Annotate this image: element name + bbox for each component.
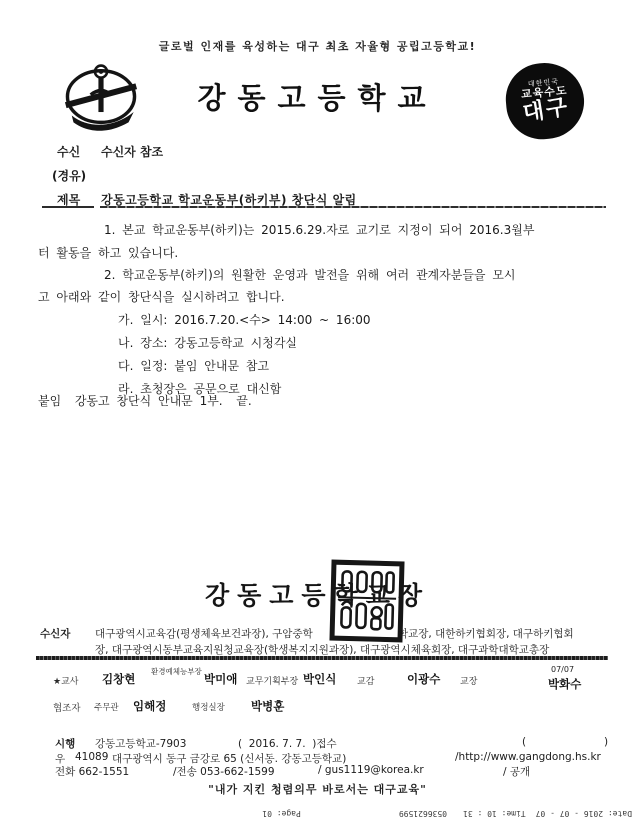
email-text: / gus1119@korea.kr [318,764,424,776]
coordinator-role-admin-head: 행정실장 [192,701,225,713]
body-paragraph-1-line-1: 1. 본교 학교운동부(하키)는 2015.6.29.자로 교기로 지정이 되어… [104,221,534,238]
receipt-blank-close: ) [604,736,608,748]
attachment-line: 붙임 강동고 창단식 안내문 1부. 끝. [38,392,252,409]
section-divider [36,656,608,660]
doc-number-value: 강동고등학교-7903 [95,736,186,751]
coordinator-role-officer: 주무관 [94,701,119,713]
fax-page: Page: 01 [262,810,301,819]
principal-title: 강동고등학교장 [0,576,635,612]
subject-underline-short [42,206,94,208]
approval-role-dept-head: 환경예체능부장 [151,668,203,676]
motto-text: "내가 지킨 청렴의무 바로서는 대구교육" [0,781,635,797]
approval-role-principal: 교장 [460,674,477,687]
approval-name-dept-head: 박미애 [204,671,237,687]
approval-name-planning-head: 박인식 [303,671,336,687]
coordinator-name-admin-head: 박병훈 [251,698,284,714]
approval-name-teacher: 김창현 [102,671,135,687]
scanned-official-letter: 글로벌 인재를 육성하는 대구 최초 자율형 공립고등학교! 강동고등학교 대한… [0,0,635,839]
coordinator-label: 협조자 [53,700,81,714]
official-seal-icon [329,559,405,643]
phone-text: 전화 662-1551 [55,764,129,779]
recipients-label: 수신자 [40,626,70,641]
receipt-field: ( 2016. 7. 7. )접수 [238,736,337,751]
badge-line2: 대구 [521,95,571,125]
body-paragraph-2-line-2: 고 아래와 같이 창단식을 실시하려고 합니다. [38,288,285,305]
approval-date-principal: 07/07 [551,665,574,674]
subject-underline-long [100,206,606,208]
approval-name-principal: 박화수 [548,676,581,692]
coordinator-name-officer: 임해정 [133,698,166,714]
recipients-line1-left: 대구광역시교육감(평생체육보건과장), 구암중학 [95,626,313,641]
receipt-blank-open: ( [522,736,526,748]
fax-date: Date: 2016 - 07 - 07 [536,810,632,819]
doc-number-label: 시행 [55,736,75,751]
slogan-text: 글로벌 인재를 육성하는 대구 최초 자율형 공립고등학교! [0,38,635,54]
fax-number: 0536621599 [399,810,447,819]
via-label: (경유) [52,167,86,184]
disclosure-text: / 공개 [503,764,530,779]
recipients-line1-right: 학교장, 대한하키협회장, 대구하키협회 [398,626,574,641]
approval-name-vice-principal: 이광수 [407,671,440,687]
approval-role-planning-head: 교무기획부장 [246,674,298,687]
daegu-education-badge-icon: 대한민국 교육수도 대구 [503,60,587,143]
approval-role-vice-principal: 교감 [357,674,374,687]
fax-text: /전송 053-662-1599 [173,764,275,779]
fax-time: Time: 10 : 31 [463,810,526,819]
sub-item-schedule: 다. 일정: 붙임 안내문 참고 [118,357,269,374]
fax-imprint: Date: 2016 - 07 - 07 Time: 10 : 31 05366… [268,806,632,822]
sub-item-place: 나. 장소: 강동고등학교 시청각실 [118,334,297,351]
approval-role-teacher: ★교사 [53,674,78,687]
recipient-label: 수신 [57,143,80,160]
zip-value: 41089 [75,751,108,763]
sub-item-date: 가. 일시: 2016.7.20.<수> 14:00 ~ 16:00 [118,311,371,328]
body-paragraph-1-line-2: 터 활동을 하고 있습니다. [38,244,178,261]
recipient-value: 수신자 참조 [101,143,163,160]
body-paragraph-2-line-1: 2. 학교운동부(하키)의 원활한 운영과 발전을 위해 여러 관계자분들을 모… [104,266,516,283]
website-text: /http://www.gangdong.hs.kr [455,751,601,763]
recipients-line2: 장, 대구광역시동부교육지원청교육장(학생복지지원과장), 대구광역시체육회장,… [95,642,549,657]
